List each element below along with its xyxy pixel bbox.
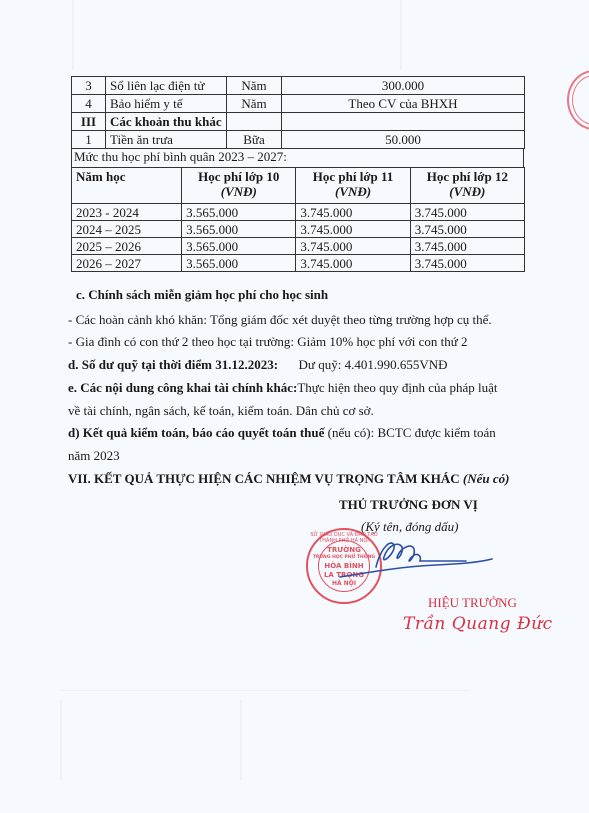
tuition-header-label: Học phí lớp 11 <box>313 169 394 184</box>
fee-row: 1Tiền ăn trưaBữa50.000 <box>72 131 525 149</box>
audit-year: năm 2023 <box>68 448 120 464</box>
tuition-row: 2024 – 20253.565.0003.745.0003.745.000 <box>72 221 525 238</box>
section-e-heading: e. Các nội dung công khai tài chính khác… <box>68 380 297 395</box>
tuition-fee-cell: 3.745.000 <box>410 238 524 255</box>
tuition-row: 2025 – 20263.565.0003.745.0003.745.000 <box>72 238 525 255</box>
tuition-header-1: Học phí lớp 10(VNĐ) <box>182 168 296 204</box>
section-vii: VII. KẾT QUẢ THỰC HIỆN CÁC NHIỆM VỤ TRỌN… <box>68 471 509 487</box>
school-year-cell: 2024 – 2025 <box>72 221 182 238</box>
section-e-text: Thực hiện theo quy định của pháp luật <box>297 380 497 395</box>
tuition-header-unit: (VNĐ) <box>415 184 520 199</box>
section-c-item-1: - Các hoàn cảnh khó khăn: Tổng giám đốc … <box>68 312 492 328</box>
fee-row-unit: Năm <box>227 95 282 113</box>
fee-row-unit: Bữa <box>227 131 282 149</box>
school-year-cell: 2023 - 2024 <box>72 204 182 221</box>
fee-row: IIICác khoản thu khác <box>72 113 525 131</box>
document-page: 3Sổ liên lạc điện tửNăm300.0004Bảo hiểm … <box>0 0 589 813</box>
fee-row-unit: Năm <box>227 77 282 95</box>
tuition-fee-cell: 3.745.000 <box>296 255 410 272</box>
tuition-fee-cell: 3.745.000 <box>410 221 524 238</box>
fee-row-amount: 300.000 <box>282 77 525 95</box>
bleed-through-mark <box>60 690 470 691</box>
tuition-row: 2023 - 20243.565.0003.745.0003.745.000 <box>72 204 525 221</box>
tuition-header-label: Học phí lớp 12 <box>427 169 508 184</box>
fee-row-amount: Theo CV của BHXH <box>282 95 525 113</box>
tuition-fee-cell: 3.565.000 <box>182 255 296 272</box>
tuition-fee-cell: 3.745.000 <box>410 204 524 221</box>
tuition-fee-cell: 3.745.000 <box>410 255 524 272</box>
audit-heading: d) Kết quả kiểm toán, báo cáo quyết toán… <box>68 425 324 440</box>
tuition-fee-cell: 3.565.000 <box>182 221 296 238</box>
audit-note: (nếu có): BCTC được kiểm toán <box>324 425 495 440</box>
fee-row: 4Bảo hiểm y tếNămTheo CV của BHXH <box>72 95 525 113</box>
tuition-header-unit: (VNĐ) <box>300 184 405 199</box>
fee-row-number: 1 <box>72 131 106 149</box>
fund-balance: Dư quỹ: 4.401.990.655VNĐ <box>299 357 448 372</box>
section-vii-note: (Nếu có) <box>463 471 510 486</box>
tuition-row: 2026 – 20273.565.0003.745.0003.745.000 <box>72 255 525 272</box>
tuition-caption: Mức thu học phí bình quân 2023 – 2027: <box>71 148 524 167</box>
principal-title: HIỆU TRƯỞNG <box>428 595 517 611</box>
school-year-cell: 2025 – 2026 <box>72 238 182 255</box>
tuition-header-0: Năm học <box>72 168 182 204</box>
tuition-fee-cell: 3.565.000 <box>182 238 296 255</box>
fee-row-number: 3 <box>72 77 106 95</box>
fee-row-amount: 50.000 <box>282 131 525 149</box>
bleed-through-mark <box>60 700 62 780</box>
section-d-heading: d. Số dư quỹ tại thời điểm 31.12.2023: <box>68 357 278 372</box>
tuition-header-unit: (VNĐ) <box>186 184 291 199</box>
bleed-through-mark <box>400 0 402 70</box>
fee-row-item: Các khoản thu khác <box>106 113 227 131</box>
signature-title: THỦ TRƯỞNG ĐƠN VỊ <box>339 497 478 513</box>
section-d: d. Số dư quỹ tại thời điểm 31.12.2023: D… <box>68 357 448 373</box>
tuition-header-label: Năm học <box>76 169 125 184</box>
tuition-header-2: Học phí lớp 11(VNĐ) <box>296 168 410 204</box>
tuition-table: Năm họcHọc phí lớp 10(VNĐ)Học phí lớp 11… <box>71 167 525 272</box>
bleed-through-mark <box>72 0 74 70</box>
section-e: e. Các nội dung công khai tài chính khác… <box>68 380 498 396</box>
fee-row-amount <box>282 113 525 131</box>
tuition-fee-cell: 3.745.000 <box>296 221 410 238</box>
fee-row-number: III <box>72 113 106 131</box>
handwritten-signature <box>336 535 496 585</box>
tuition-header-label: Học phí lớp 10 <box>198 169 279 184</box>
audit-section: d) Kết quả kiểm toán, báo cáo quyết toán… <box>68 425 496 441</box>
tuition-header-3: Học phí lớp 12(VNĐ) <box>410 168 524 204</box>
fee-table: 3Sổ liên lạc điện tửNăm300.0004Bảo hiểm … <box>71 76 525 149</box>
section-c-heading: c. Chính sách miễn giảm học phí cho học … <box>76 287 328 303</box>
section-vii-heading: VII. KẾT QUẢ THỰC HIỆN CÁC NHIỆM VỤ TRỌN… <box>68 471 463 486</box>
tuition-fee-cell: 3.745.000 <box>296 204 410 221</box>
section-e-text-2: về tài chính, ngân sách, kế toán, kiểm t… <box>68 403 374 419</box>
tuition-fee-cell: 3.745.000 <box>296 238 410 255</box>
school-year-cell: 2026 – 2027 <box>72 255 182 272</box>
bleed-through-mark <box>240 700 242 780</box>
fee-row-item: Bảo hiểm y tế <box>106 95 227 113</box>
fee-row-number: 4 <box>72 95 106 113</box>
principal-name: Trần Quang Đức <box>403 614 553 634</box>
section-c-item-2: - Gia đình có con thứ 2 theo học tại trư… <box>68 334 468 350</box>
partial-stamp-mark <box>567 70 589 130</box>
fee-row-item: Tiền ăn trưa <box>106 131 227 149</box>
fee-row-unit <box>227 113 282 131</box>
tuition-fee-cell: 3.565.000 <box>182 204 296 221</box>
fee-row: 3Sổ liên lạc điện tửNăm300.000 <box>72 77 525 95</box>
fee-row-item: Sổ liên lạc điện tử <box>106 77 227 95</box>
